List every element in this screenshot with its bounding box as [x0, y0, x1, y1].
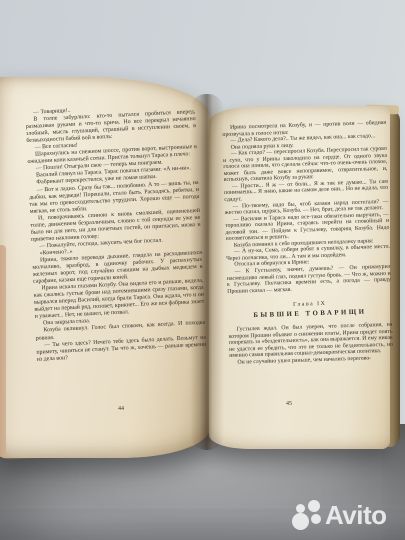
right-page-text-bottom: Густылев ждал. Он был уверен, что после …: [228, 322, 393, 366]
right-page-number: 45: [229, 401, 349, 407]
left-page-number: 44: [56, 406, 186, 412]
paragraph: Густылев ждал. Он был уверен, что после …: [228, 322, 393, 360]
right-page: Ирина посмотрела на Козубу, и — против в…: [209, 106, 390, 449]
book-gutter-shadow: [190, 94, 224, 450]
avito-logo-icon: [292, 500, 323, 531]
avito-watermark: Avito: [292, 500, 387, 531]
chapter-heading: Глава IX БЫВШИЕ ТОВАРИЩИ: [228, 299, 392, 320]
right-page-text-top: Ирина посмотрела на Козубу, и — против в…: [222, 120, 391, 295]
chapter-title: БЫВШИЕ ТОВАРИЩИ: [228, 308, 392, 320]
left-page-text: — Товарищи!..В толпе забурлило: кто-то п…: [25, 102, 209, 404]
paragraph: — Как стадо? — переспросил Козуба. Перес…: [223, 146, 388, 184]
avito-wordmark: Avito: [325, 500, 387, 531]
right-page-text: Ирина посмотрела на Козубу, и — против в…: [222, 120, 395, 405]
left-page: — Товарищи!..В толпе забурлило: кто-то п…: [0, 77, 210, 458]
paragraph: — К Густылеву, значит, думаешь? — Он при…: [227, 264, 392, 295]
cover-left-edge: [0, 245, 6, 457]
book-photo: — Товарищи!..В толпе забурлило: кто-то п…: [0, 0, 405, 540]
